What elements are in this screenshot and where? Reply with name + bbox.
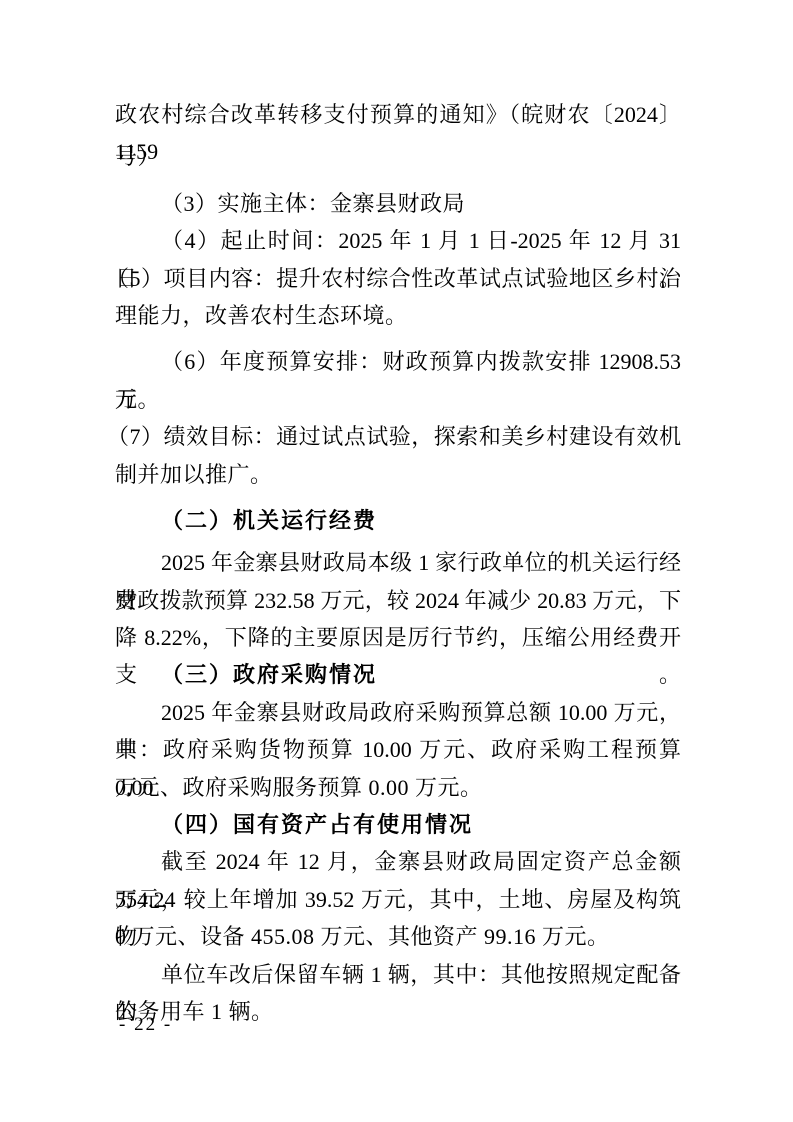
text-line: （5）项目内容：提升农村综合性改革试点试验地区乡村治 bbox=[115, 260, 681, 297]
document-body: 政农村综合改革转移支付预算的通知》（皖财农〔2024〕1159 号） （3）实施… bbox=[115, 96, 681, 1030]
text-line: 万元、政府采购服务预算 0.00 万元。 bbox=[115, 769, 681, 806]
text-line: 财政拨款预算 232.58 万元，较 2024 年减少 20.83 万元，下 bbox=[115, 582, 681, 619]
text-line: （3）实施主体：金寨县财政局 bbox=[115, 185, 681, 222]
text-line: 公务用车 1 辆。 bbox=[115, 993, 681, 1030]
text-line: （7）绩效目标：通过试点试验，探索和美乡村建设有效机 bbox=[115, 418, 681, 455]
page-number: - 22 - bbox=[119, 1014, 172, 1036]
text-line: 元。 bbox=[115, 381, 681, 418]
text-line: 降 8.22%，下降的主要原因是厉行节约，压缩公用经费开支。 bbox=[115, 619, 681, 656]
text-line: 0 万元、设备 455.08 万元、其他资产 99.16 万元。 bbox=[115, 918, 681, 955]
text-line: 号） bbox=[115, 138, 681, 175]
text-line: 理能力，改善农村生态环境。 bbox=[115, 297, 681, 334]
document-page: 政农村综合改革转移支付预算的通知》（皖财农〔2024〕1159 号） （3）实施… bbox=[0, 0, 793, 1122]
text-line: 单位车改后保留车辆 1 辆，其中：其他按照规定配备的 bbox=[115, 956, 681, 993]
text-line: 截至 2024 年 12 月，金寨县财政局固定资产总金额 554.24 bbox=[115, 843, 681, 880]
section-heading: （二）机关运行经费 bbox=[115, 502, 681, 539]
text-line: 2025 年金寨县财政局本级 1 家行政单位的机关运行经费 bbox=[115, 544, 681, 581]
text-line: 2025 年金寨县财政局政府采购预算总额 10.00 万元，其 bbox=[115, 694, 681, 731]
text-line: （4）起止时间：2025 年 1 月 1 日-2025 年 12 月 31 日。 bbox=[115, 222, 681, 259]
section-heading: （四）国有资产占有使用情况 bbox=[115, 806, 681, 843]
text-line: （6）年度预算安排：财政预算内拨款安排 12908.53 万 bbox=[115, 343, 681, 380]
text-line: 制并加以推广。 bbox=[115, 456, 681, 493]
text-line: 万元，较上年增加 39.52 万元，其中，土地、房屋及构筑物 bbox=[115, 881, 681, 918]
text-line: 政农村综合改革转移支付预算的通知》（皖财农〔2024〕1159 bbox=[115, 96, 681, 133]
text-line: 中：政府采购货物预算 10.00 万元、政府采购工程预算 0.00 bbox=[115, 731, 681, 768]
